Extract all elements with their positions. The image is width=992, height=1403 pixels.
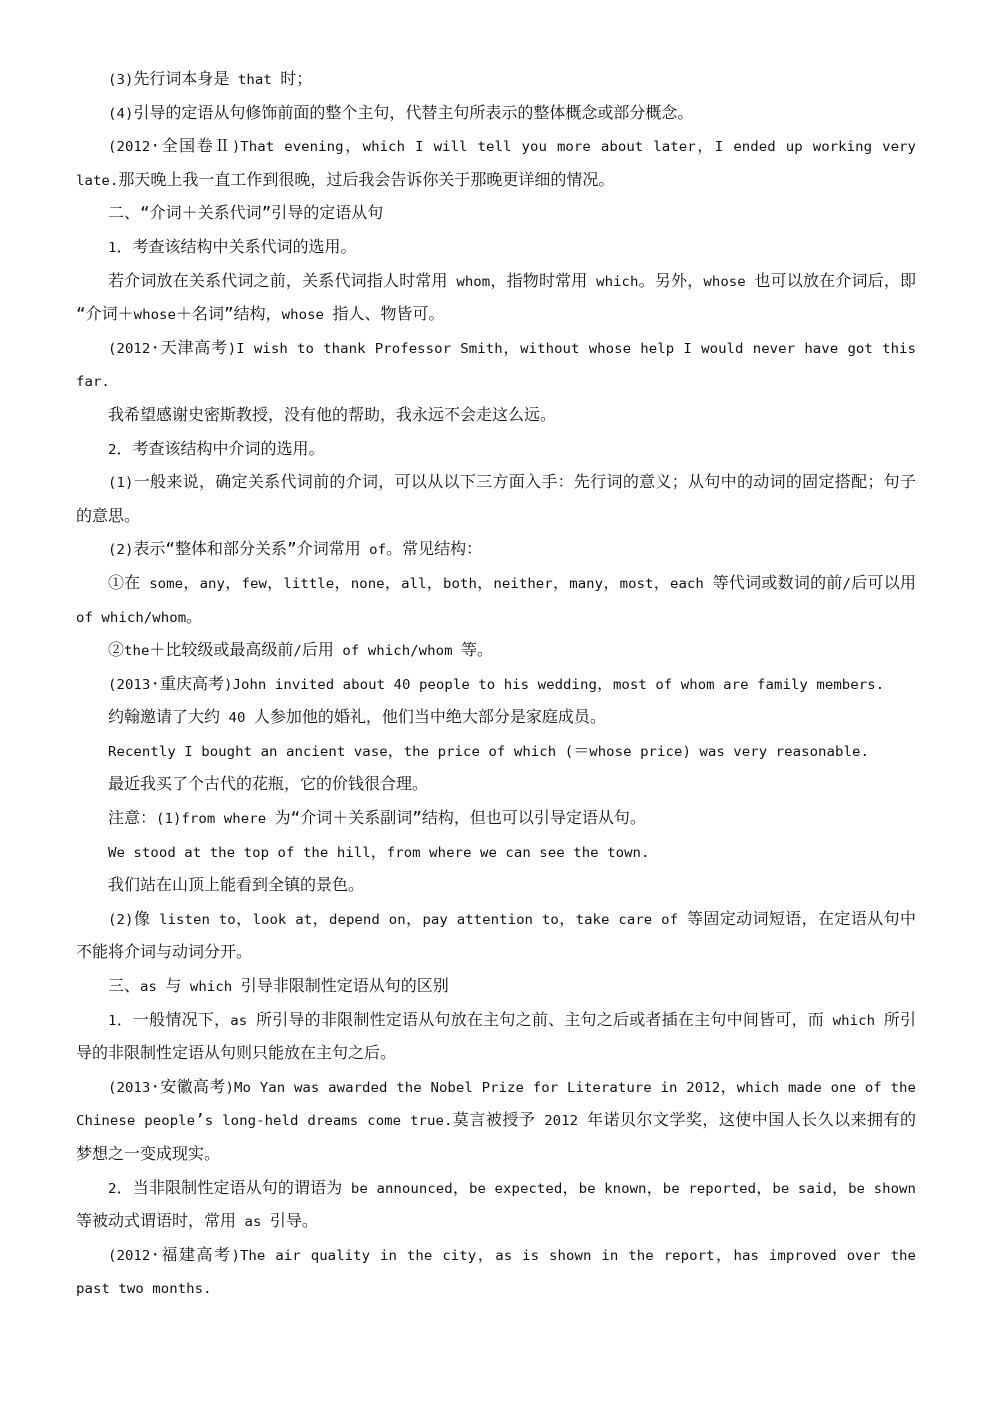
paragraph: (2)像 listen to，look at，depend on，pay att… <box>76 904 916 971</box>
paragraph: (4)引导的定语从句修饰前面的整个主句，代替主句所表示的整体概念或部分概念。 <box>76 98 916 132</box>
paragraph: (2012·全国卷Ⅱ)That evening，which I will tel… <box>76 131 916 198</box>
paragraph: ②the＋比较级或最高级前/后用 of which/whom 等。 <box>76 635 916 669</box>
paragraph: 我们站在山顶上能看到全镇的景色。 <box>76 870 916 904</box>
section-heading: 三、as 与 which 引导非限制性定语从句的区别 <box>76 971 916 1005</box>
paragraph: (2)表示“整体和部分关系”介词常用 of。常见结构： <box>76 534 916 568</box>
paragraph: (2013·重庆高考)John invited about 40 people … <box>76 669 916 703</box>
paragraph: (2013·安徽高考)Mo Yan was awarded the Nobel … <box>76 1072 916 1173</box>
paragraph: (3)先行词本身是 that 时； <box>76 64 916 98</box>
paragraph: (2012·天津高考)I wish to thank Professor Smi… <box>76 333 916 400</box>
paragraph: 1．考查该结构中关系代词的选用。 <box>76 232 916 266</box>
paragraph: 若介词放在关系代词之前，关系代词指人时常用 whom，指物时常用 which。另… <box>76 266 916 333</box>
section-heading: 二、“介词＋关系代词”引导的定语从句 <box>76 198 916 232</box>
paragraph: We stood at the top of the hill，from whe… <box>76 837 916 871</box>
paragraph: ①在 some，any，few，little，none，all，both，nei… <box>76 568 916 635</box>
paragraph: 最近我买了个古代的花瓶，它的价钱很合理。 <box>76 769 916 803</box>
document-page: (3)先行词本身是 that 时； (4)引导的定语从句修饰前面的整个主句，代替… <box>0 0 992 1403</box>
document-body: (3)先行词本身是 that 时； (4)引导的定语从句修饰前面的整个主句，代替… <box>0 0 992 1307</box>
paragraph: 1．一般情况下，as 所引导的非限制性定语从句放在主句之前、主句之后或者插在主句… <box>76 1005 916 1072</box>
paragraph: Recently I bought an ancient vase，the pr… <box>76 736 916 770</box>
paragraph: 2．考查该结构中介词的选用。 <box>76 434 916 468</box>
paragraph: 注意：(1)from where 为“介词＋关系副词”结构，但也可以引导定语从句… <box>76 803 916 837</box>
paragraph: 2．当非限制性定语从句的谓语为 be announced，be expected… <box>76 1173 916 1240</box>
paragraph: 我希望感谢史密斯教授，没有他的帮助，我永远不会走这么远。 <box>76 400 916 434</box>
paragraph: 约翰邀请了大约 40 人参加他的婚礼，他们当中绝大部分是家庭成员。 <box>76 702 916 736</box>
paragraph: (1)一般来说，确定关系代词前的介词，可以从以下三方面入手：先行词的意义；从句中… <box>76 467 916 534</box>
paragraph: (2012·福建高考)The air quality in the city，a… <box>76 1240 916 1307</box>
